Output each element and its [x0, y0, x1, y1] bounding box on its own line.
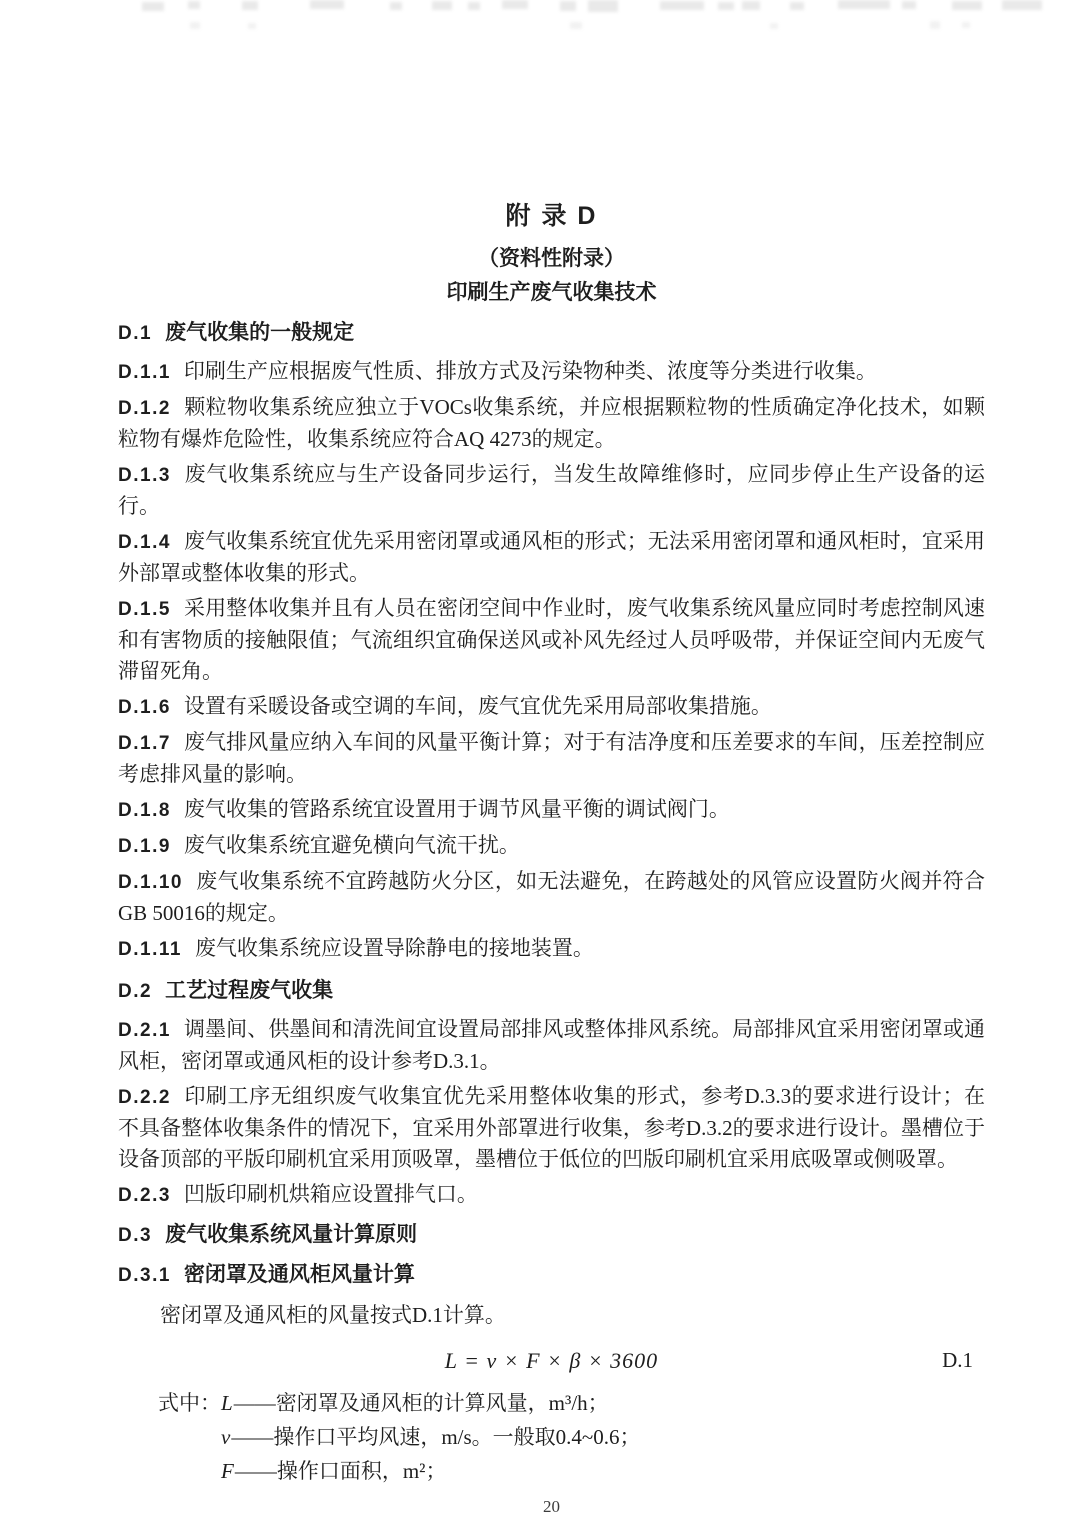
clause-text: 印刷工序无组织废气收集宜优先采用整体收集的形式，参考D.3.3的要求进行设计；在… [118, 1084, 985, 1171]
clause-number: D.2.2 [118, 1087, 171, 1108]
clause-d-2-3: D.2.3凹版印刷机烘箱应设置排气口。 [118, 1179, 985, 1211]
heading-text: 废气收集系统风量计算原则 [165, 1223, 417, 1246]
clause-text: 采用整体收集并且有人员在密闭空间中作业时，废气收集系统风量应同时考虑控制风速和有… [118, 596, 985, 683]
section-heading-d2: D.2工艺过程废气收集 [118, 975, 985, 1007]
formula-d1-row: L = v × F × β × 3600 D.1 [118, 1345, 985, 1376]
clause-text: 废气收集的管路系统宜设置用于调节风量平衡的调试阀门。 [184, 797, 730, 821]
formula-note-v: v——操作口平均风速，m/s。一般取0.4~0.6； [118, 1420, 985, 1454]
clause-d-1-5: D.1.5采用整体收集并且有人员在密闭空间中作业时，废气收集系统风量应同时考虑控… [118, 593, 985, 687]
clause-text: 设置有采暖设备或空调的车间，废气宜优先采用局部收集措施。 [184, 694, 772, 718]
clause-number: D.1 [118, 323, 152, 344]
clause-number: D.1.4 [118, 532, 171, 553]
clause-d-1-11: D.1.11废气收集系统应设置导除静电的接地装置。 [118, 933, 985, 965]
clause-d-2-2: D.2.2印刷工序无组织废气收集宜优先采用整体收集的形式，参考D.3.3的要求进… [118, 1081, 985, 1175]
formula-reference-number: D.1 [942, 1345, 973, 1376]
clause-number: D.1.8 [118, 800, 171, 821]
clause-text: 废气收集系统不宜跨越防火分区，如无法避免，在跨越处的风管应设置防火阀并符合GB … [118, 869, 985, 925]
clause-d-1-7: D.1.7废气排风量应纳入车间的风量平衡计算；对于有洁净度和压差要求的车间，压差… [118, 727, 985, 790]
where-label: 式中： [158, 1391, 221, 1415]
clause-number: D.1.6 [118, 697, 171, 718]
clause-text: 凹版印刷机烘箱应设置排气口。 [184, 1182, 478, 1206]
clause-number: D.1.3 [118, 465, 171, 486]
section-heading-d1: D.1废气收集的一般规定 [118, 317, 985, 349]
clause-d-1-1: D.1.1印刷生产应根据废气性质、排放方式及污染物种类、浓度等分类进行收集。 [118, 356, 985, 388]
clause-d-2-1: D.2.1调墨间、供墨间和清洗间宜设置局部排风或整体排风系统。局部排风宜采用密闭… [118, 1014, 985, 1077]
clause-text: 调墨间、供墨间和清洗间宜设置局部排风或整体排风系统。局部排风宜采用密闭罩或通风柜… [118, 1017, 985, 1073]
clause-number: D.1.7 [118, 733, 171, 754]
clause-number: D.1.2 [118, 398, 171, 419]
formula-note-L: 式中：L——密闭罩及通风柜的计算风量，m³/h； [118, 1386, 985, 1420]
variable-description: ——密闭罩及通风柜的计算风量，m³/h； [234, 1391, 609, 1415]
heading-text: 密闭罩及通风柜风量计算 [184, 1263, 415, 1286]
clause-number: D.2 [118, 981, 152, 1002]
formula-intro: 密闭罩及通风柜的风量按式D.1计算。 [118, 1300, 985, 1331]
variable-symbol: v [221, 1425, 230, 1449]
clause-number: D.1.10 [118, 872, 183, 893]
variable-symbol: L [221, 1391, 233, 1415]
clause-number: D.3.1 [118, 1265, 171, 1286]
clause-text: 印刷生产应根据废气性质、排放方式及污染物种类、浓度等分类进行收集。 [184, 359, 877, 383]
clause-text: 颗粒物收集系统应独立于VOCs收集系统，并应根据颗粒物的性质确定净化技术，如颗粒… [118, 395, 985, 451]
clause-d-1-3: D.1.3废气收集系统应与生产设备同步运行，当发生故障维修时，应同步停止生产设备… [118, 459, 985, 522]
formula-expression: L = v × F × β × 3600 [445, 1348, 658, 1373]
clause-text: 废气收集系统应设置导除静电的接地装置。 [195, 936, 594, 960]
clause-text: 废气排风量应纳入车间的风量平衡计算；对于有洁净度和压差要求的车间，压差控制应考虑… [118, 730, 985, 786]
clause-d-1-9: D.1.9废气收集系统宜避免横向气流干扰。 [118, 830, 985, 862]
appendix-title: 附 录 D [118, 201, 985, 231]
section-heading-d3-1: D.3.1密闭罩及通风柜风量计算 [118, 1259, 985, 1291]
clause-d-1-6: D.1.6设置有采暖设备或空调的车间，废气宜优先采用局部收集措施。 [118, 691, 985, 723]
clause-number: D.1.9 [118, 836, 171, 857]
heading-text: 工艺过程废气收集 [165, 979, 333, 1002]
clause-number: D.2.1 [118, 1020, 171, 1041]
variable-symbol: F [221, 1459, 234, 1483]
intro-text: 密闭罩及通风柜的风量按式D.1计算。 [160, 1303, 506, 1327]
clause-number: D.1.1 [118, 362, 171, 383]
clause-text: 废气收集系统宜避免横向气流干扰。 [184, 833, 520, 857]
variable-description: ——操作口平均风速，m/s。一般取0.4~0.6； [231, 1425, 640, 1449]
clause-text: 废气收集系统宜优先采用密闭罩或通风柜的形式；无法采用密闭罩和通风柜时，宜采用外部… [118, 529, 985, 585]
variable-description: ——操作口面积，m²； [235, 1459, 447, 1483]
clause-text: 废气收集系统应与生产设备同步运行，当发生故障维修时，应同步停止生产设备的运行。 [118, 462, 985, 518]
clause-d-1-10: D.1.10废气收集系统不宜跨越防火分区，如无法避免，在跨越处的风管应设置防火阀… [118, 866, 985, 929]
clause-number: D.3 [118, 1225, 152, 1246]
appendix-topic-title: 印刷生产废气收集技术 [118, 278, 985, 307]
formula-note-F: F——操作口面积，m²； [118, 1454, 985, 1488]
document-page: 附 录 D （资料性附录） 印刷生产废气收集技术 D.1废气收集的一般规定 D.… [0, 0, 1080, 1517]
clause-d-1-2: D.1.2颗粒物收集系统应独立于VOCs收集系统，并应根据颗粒物的性质确定净化技… [118, 392, 985, 455]
appendix-subtitle: （资料性附录） [118, 244, 985, 273]
clause-number: D.2.3 [118, 1185, 171, 1206]
heading-text: 废气收集的一般规定 [165, 321, 354, 344]
clause-d-1-4: D.1.4废气收集系统宜优先采用密闭罩或通风柜的形式；无法采用密闭罩和通风柜时，… [118, 526, 985, 589]
clause-d-1-8: D.1.8废气收集的管路系统宜设置用于调节风量平衡的调试阀门。 [118, 794, 985, 826]
clause-number: D.1.11 [118, 939, 182, 960]
clause-number: D.1.5 [118, 599, 171, 620]
page-number: 20 [118, 1497, 985, 1517]
section-heading-d3: D.3废气收集系统风量计算原则 [118, 1219, 985, 1251]
